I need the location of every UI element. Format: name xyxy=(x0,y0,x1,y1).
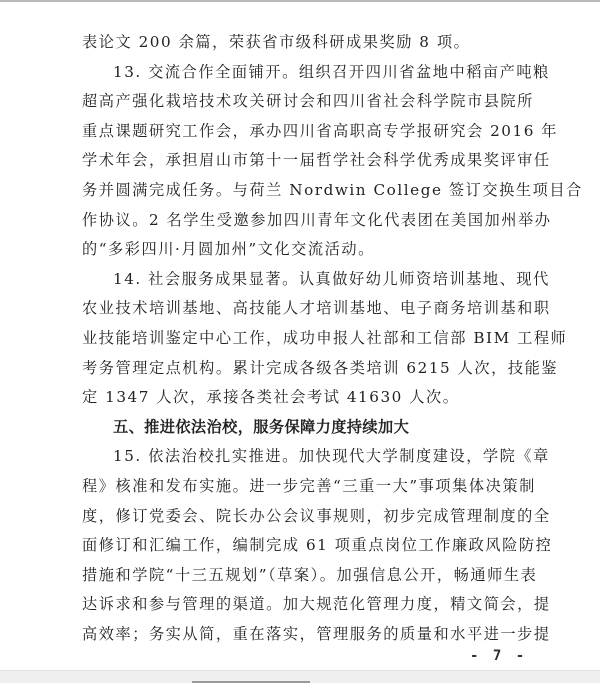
paragraph-15-start: 15. 依法治校扎实推进。加快现代大学制度建设，学院《章 xyxy=(82,442,528,472)
top-border xyxy=(0,0,600,2)
text-line: 业技能培训鉴定中心工作，成功申报人社部和工信部 BIM 工程师 xyxy=(82,324,528,354)
text-line: 学术年会，承担眉山市第十一届哲学社会科学优秀成果奖评审任 xyxy=(82,146,528,176)
text-line: 达诉求和参与管理的渠道。加大规范化管理力度，精文简会，提 xyxy=(82,590,528,620)
section-heading-5: 五、推进依法治校，服务保障力度持续加大 xyxy=(82,413,528,443)
text-line: 高效率；务实从简，重在落实，管理服务的质量和水平进一步提 xyxy=(82,620,528,650)
text-line: 的“多彩四川·月圆加州”文化交流活动。 xyxy=(82,235,528,265)
text-line: 表论文 200 余篇，荣获省市级科研成果奖励 8 项。 xyxy=(82,28,528,58)
text-line: 面修订和汇编工作，编制完成 61 项重点岗位工作廉政风险防控 xyxy=(82,531,528,561)
text-line: 考务管理定点机构。累计完成各级各类培训 6215 人次，技能鉴 xyxy=(82,354,528,384)
text-line: 农业技术培训基地、高技能人才培训基地、电子商务培训基和职 xyxy=(82,294,528,324)
paragraph-14-start: 14. 社会服务成果显著。认真做好幼儿师资培训基地、现代 xyxy=(82,265,528,295)
page-number: - 7 - xyxy=(470,648,527,664)
text-line: 度，修订党委会、院长办公会议事规则，初步完成管理制度的全 xyxy=(82,502,528,532)
text-line: 重点课题研究工作会，承办四川省高职高专学报研究会 2016 年 xyxy=(82,117,528,147)
text-line: 务并圆满完成任务。与荷兰 Nordwin College 签订交换生项目合 xyxy=(82,176,528,206)
text-line: 定 1347 人次，承接各类社会考试 41630 人次。 xyxy=(82,383,528,413)
text-line: 作协议。2 名学生受邀参加四川青年文化代表团在美国加州举办 xyxy=(82,206,528,236)
document-page: 表论文 200 余篇，荣获省市级科研成果奖励 8 项。 13. 交流合作全面铺开… xyxy=(82,28,528,649)
text-line: 超高产强化栽培技术攻关研讨会和四川省社会科学院市县院所 xyxy=(82,87,528,117)
text-line: 措施和学院“十三五规划”（草案）。加强信息公开，畅通师生表 xyxy=(82,561,528,591)
paragraph-13-start: 13. 交流合作全面铺开。组织召开四川省盆地中稻亩产吨粮 xyxy=(82,58,528,88)
text-line: 程》核准和发布实施。进一步完善“三重一大”事项集体决策制 xyxy=(82,472,528,502)
